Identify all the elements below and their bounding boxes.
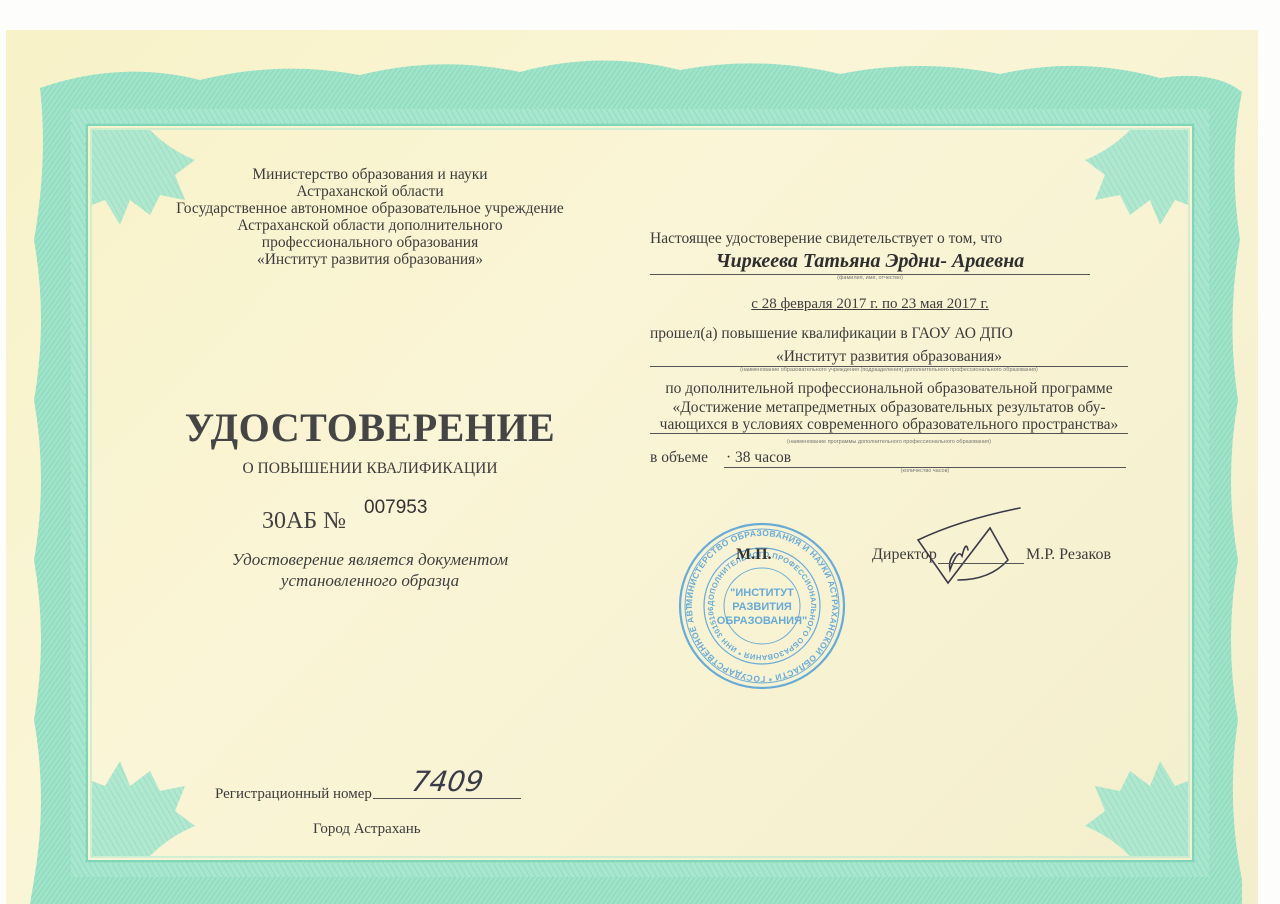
certificate-number: 007953: [364, 497, 427, 519]
issuer-line: Астраханской области дополнительного: [160, 217, 580, 234]
seal-label: М.П.: [736, 546, 772, 564]
validity-line: Удостоверение является документом: [180, 549, 560, 570]
institution-name: «Институт развития образования»: [650, 348, 1128, 367]
institution-block: «Институт развития образования» (наимено…: [650, 348, 1128, 373]
issuer-block: Министерство образования и науки Астраха…: [160, 166, 580, 268]
validity-note: Удостоверение является документом устано…: [180, 549, 560, 591]
certificate-subtitle: О ПОВЫШЕНИИ КВАЛИФИКАЦИИ: [180, 460, 560, 478]
validity-line: установленного образца: [180, 570, 560, 591]
certificate-intro: Настоящее удостоверение свидетельствует …: [650, 230, 1002, 248]
certificate-series: 30АБ №: [262, 508, 346, 535]
director-label: Директор: [872, 546, 937, 564]
issuer-line: Государственное автономное образовательн…: [160, 200, 580, 217]
passed-text: прошел(а) повышение квалификации в ГАОУ …: [650, 325, 1013, 343]
issuer-line: «Институт развития образования»: [160, 251, 580, 268]
svg-text:"ИНСТИТУТ: "ИНСТИТУТ: [730, 587, 794, 599]
certificate-title: УДОСТОВЕРЕНИЕ: [180, 404, 560, 451]
city: Город Астрахань: [313, 821, 421, 838]
issuer-line: Астраханской области: [160, 183, 580, 200]
director-name: М.Р. Резаков: [1026, 546, 1111, 564]
issuer-line: профессионального образования: [160, 234, 580, 251]
volume-block: · 38 часов (количество часов): [724, 449, 1126, 474]
volume-hint: (количество часов): [724, 468, 1126, 474]
volume-value: · 38 часов: [724, 449, 1126, 468]
program-line: «Достижение метапредметных образовательн…: [650, 399, 1128, 416]
svg-text:ОБРАЗОВАНИЯ": ОБРАЗОВАНИЯ": [717, 615, 807, 627]
volume-label: в объеме: [650, 449, 708, 467]
program-line: чающихся в условиях современного образов…: [650, 416, 1128, 434]
training-dates: с 28 февраля 2017 г. по 23 мая 2017 г.: [650, 296, 1090, 313]
institution-hint: (наименование образовательного учреждени…: [650, 367, 1128, 373]
program-intro: по дополнительной профессиональной образ…: [650, 380, 1128, 398]
registration-underline: [373, 798, 521, 799]
signature-line: [938, 563, 1024, 564]
holder-name: Чиркеева Татьяна Эрдни- Араевна: [650, 250, 1090, 275]
registration-number: 7409: [410, 765, 486, 798]
holder-name-block: Чиркеева Татьяна Эрдни- Араевна (фамилия…: [650, 250, 1090, 281]
svg-text:РАЗВИТИЯ: РАЗВИТИЯ: [732, 601, 792, 613]
holder-name-hint: (фамилия, имя, отчество): [650, 275, 1090, 281]
program-block: «Достижение метапредметных образовательн…: [650, 399, 1128, 451]
issuer-line: Министерство образования и науки: [160, 166, 580, 183]
registration-label: Регистрационный номер: [215, 786, 372, 803]
